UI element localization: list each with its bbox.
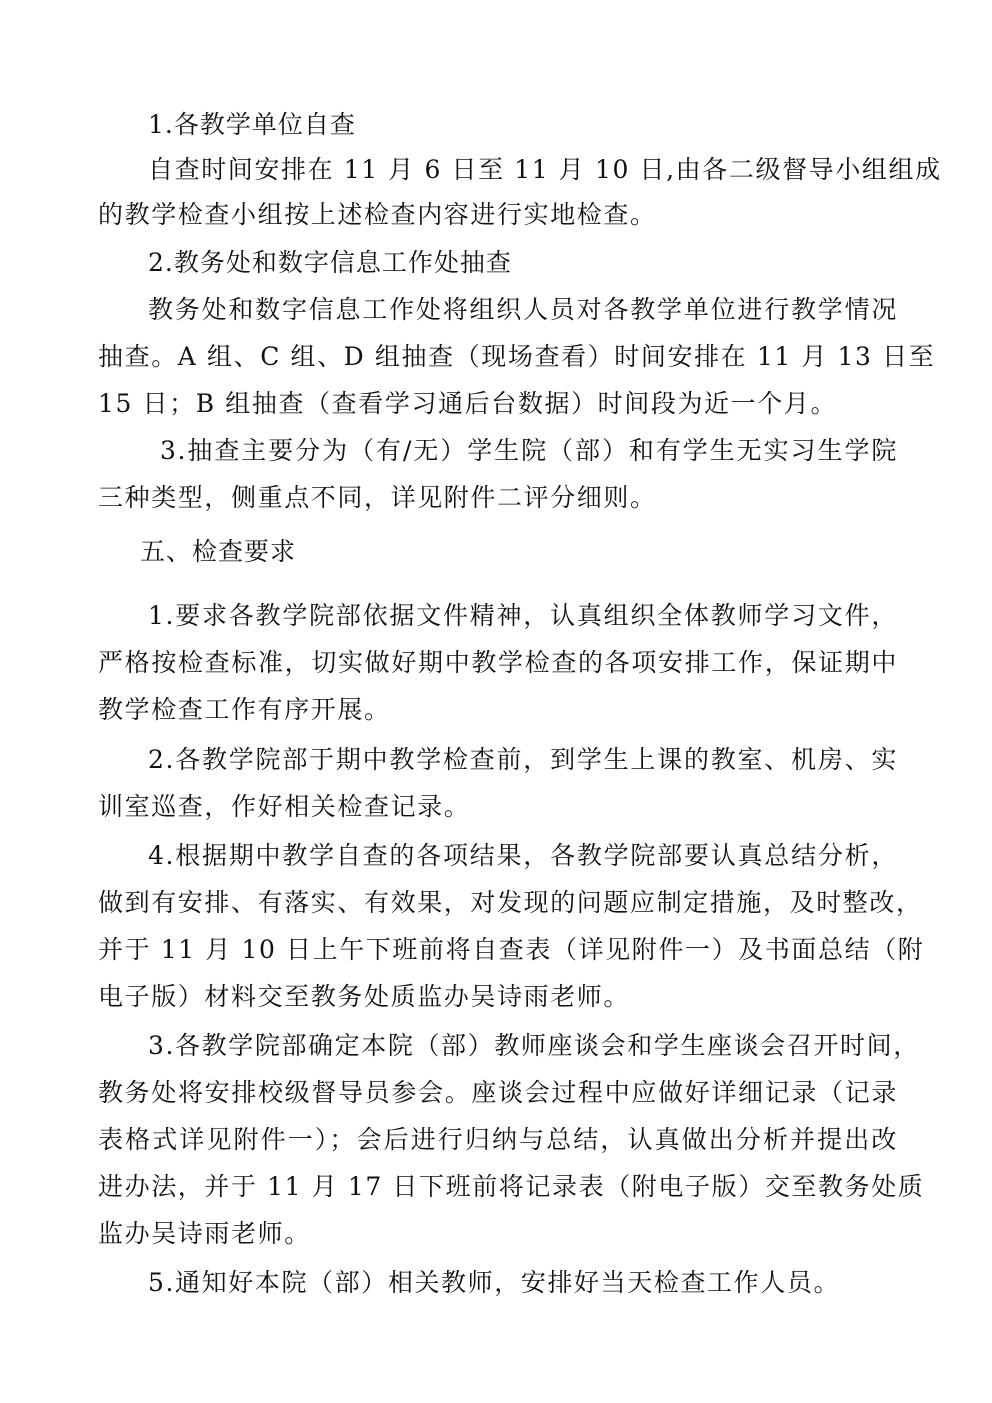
paragraph-line: 并于 11 月 10 日上午下班前将自查表（详见附件一）及书面总结（附 xyxy=(98,935,898,965)
paragraph-line: 监办吴诗雨老师。 xyxy=(98,1219,898,1249)
paragraph-line: 1.要求各教学院部依据文件精神，认真组织全体教师学习文件， xyxy=(148,601,898,631)
paragraph-line: 3.抽查主要分为（有/无）学生院（部）和有学生无实习生学院 xyxy=(160,436,898,466)
paragraph-line: 自查时间安排在 11 月 6 日至 11 月 10 日,由各二级督导小组组成 xyxy=(148,155,898,185)
section-heading-requirements: 五、检查要求 xyxy=(140,537,940,567)
paragraph-line: 教学检查工作有序开展。 xyxy=(98,695,898,725)
paragraph-line: 训室巡查，作好相关检查记录。 xyxy=(98,792,898,822)
subsection-heading-spot-check: 2.教务处和数字信息工作处抽查 xyxy=(148,248,948,278)
paragraph-line: 做到有安排、有落实、有效果，对发现的问题应制定措施，及时整改， xyxy=(98,888,898,918)
paragraph-line: 教务处和数字信息工作处将组织人员对各教学单位进行教学情况 xyxy=(148,295,898,325)
paragraph-line: 抽查。A 组、C 组、D 组抽查（现场查看）时间安排在 11 月 13 日至 xyxy=(98,342,898,372)
paragraph-line: 电子版）材料交至教务处质监办吴诗雨老师。 xyxy=(98,982,898,1012)
subsection-heading-self-check: 1.各教学单位自查 xyxy=(148,110,948,140)
paragraph-line: 4.根据期中教学自查的各项结果，各教学院部要认真总结分析， xyxy=(148,841,898,871)
paragraph-line: 进办法，并于 11 月 17 日下班前将记录表（附电子版）交至教务处质 xyxy=(98,1172,898,1202)
paragraph-line: 3.各教学院部确定本院（部）教师座谈会和学生座谈会召开时间， xyxy=(148,1031,898,1061)
paragraph-line: 5.通知好本院（部）相关教师，安排好当天检查工作人员。 xyxy=(148,1268,898,1298)
paragraph-line: 15 日；B 组抽查（查看学习通后台数据）时间段为近一个月。 xyxy=(98,389,898,419)
paragraph-line: 的教学检查小组按上述检查内容进行实地检查。 xyxy=(98,200,898,230)
paragraph-line: 严格按检查标准，切实做好期中教学检查的各项安排工作，保证期中 xyxy=(98,648,898,678)
document-page: 1.各教学单位自查 自查时间安排在 11 月 6 日至 11 月 10 日,由各… xyxy=(0,0,992,1403)
paragraph-line: 表格式详见附件一）；会后进行归纳与总结，认真做出分析并提出改 xyxy=(98,1125,898,1155)
paragraph-line: 2.各教学院部于期中教学检查前，到学生上课的教室、机房、实 xyxy=(148,745,898,775)
paragraph-line: 三种类型，侧重点不同，详见附件二评分细则。 xyxy=(98,483,898,513)
paragraph-line: 教务处将安排校级督导员参会。座谈会过程中应做好详细记录（记录 xyxy=(98,1078,898,1108)
